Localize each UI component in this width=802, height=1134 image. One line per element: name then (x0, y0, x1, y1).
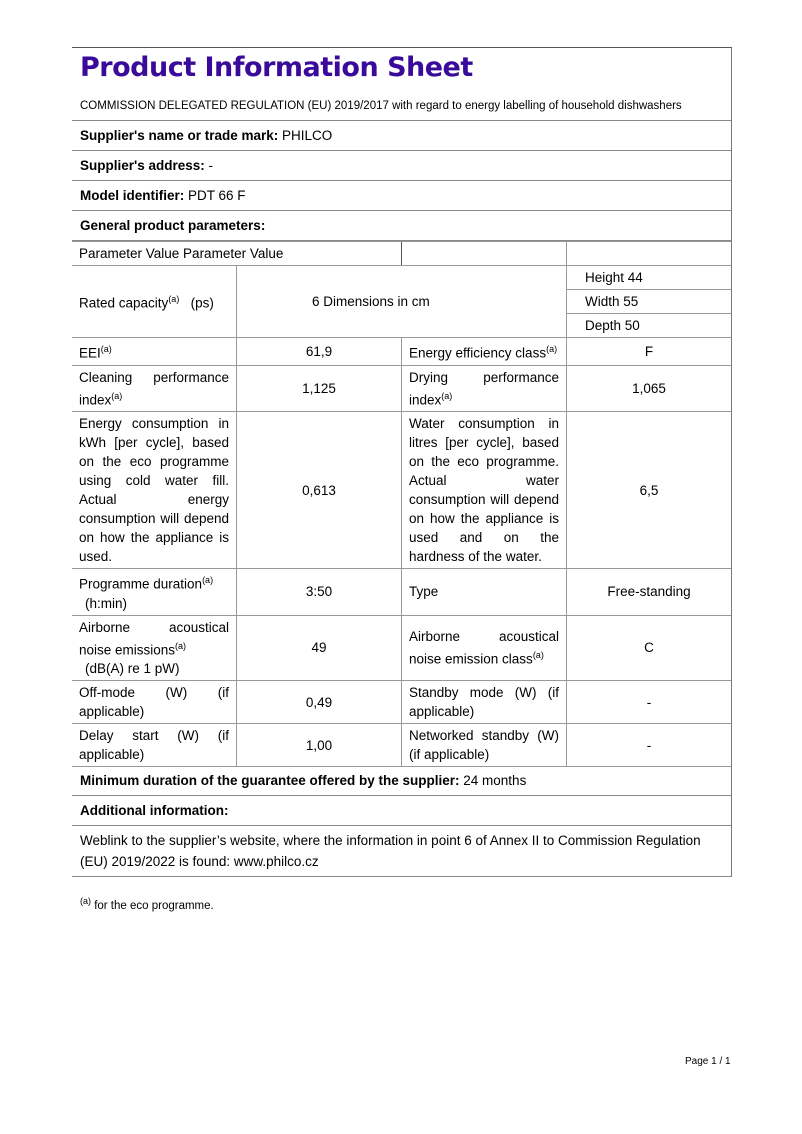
rated-capacity-label: Rated capacity(a) (ps) (72, 266, 237, 338)
supplier-name-label: Supplier's name or trade mark: (80, 128, 278, 143)
param-label: Standby mode (W) (if applicable) (402, 681, 567, 724)
dimensions-cell: Height 44 Width 55 Depth 50 (567, 266, 732, 338)
table-row: Energy consumption in kWh [per cycle], b… (72, 412, 731, 569)
general-params-label: General product parameters: (80, 218, 265, 233)
param-value: Free-standing (567, 569, 732, 616)
param-label: EEI(a) (72, 338, 237, 366)
param-value: C (567, 615, 732, 681)
table-row: Cleaning performance index(a)1,125Drying… (72, 365, 731, 412)
dimension-width: Width 55 (567, 290, 731, 314)
param-value: 1,065 (567, 365, 732, 412)
supplier-address-value: - (205, 158, 213, 173)
param-label: Airborne acoustical noise emissions(a)(d… (72, 615, 237, 681)
param-label: Cleaning performance index(a) (72, 365, 237, 412)
param-value: 6,5 (567, 412, 732, 569)
footnote-mark: (a) (80, 896, 91, 906)
dimension-depth: Depth 50 (567, 314, 731, 337)
supplier-name-row: Supplier's name or trade mark: PHILCO (72, 121, 731, 151)
param-label: Programme duration(a)(h:min) (72, 569, 237, 616)
supplier-address-label: Supplier's address: (80, 158, 205, 173)
param-value: 3:50 (237, 569, 402, 616)
header-text: Parameter Value Parameter Value (72, 242, 402, 266)
param-label: Networked standby (W) (if applicable) (402, 724, 567, 767)
footnote: (a) for the eco programme. (80, 896, 214, 912)
table-header-row: Parameter Value Parameter Value (72, 242, 731, 266)
rated-capacity-value: 6 Dimensions in cm (237, 266, 567, 338)
table-row: EEI(a)61,9Energy efficiency class(a)F (72, 338, 731, 366)
param-label: Energy efficiency class(a) (402, 338, 567, 366)
product-information-sheet: Product Information Sheet COMMISSION DEL… (72, 47, 732, 877)
param-value: 61,9 (237, 338, 402, 366)
model-row: Model identifier: PDT 66 F (72, 181, 731, 211)
model-value: PDT 66 F (184, 188, 245, 203)
table-row: Programme duration(a)(h:min)3:50TypeFree… (72, 569, 731, 616)
guarantee-value: 24 months (460, 773, 527, 788)
param-label: Drying performance index(a) (402, 365, 567, 412)
param-value: 1,00 (237, 724, 402, 767)
table-row: Off-mode (W) (if applicable)0,49Standby … (72, 681, 731, 724)
footnote-text: for the eco programme. (91, 900, 214, 912)
table-row: Delay start (W) (if applicable)1,00Netwo… (72, 724, 731, 767)
param-value: 0,49 (237, 681, 402, 724)
table-row: Airborne acoustical noise emissions(a)(d… (72, 615, 731, 681)
table-row: Rated capacity(a) (ps) 6 Dimensions in c… (72, 266, 731, 338)
supplier-name-value: PHILCO (278, 128, 332, 143)
dimension-height: Height 44 (567, 266, 731, 290)
param-label: Airborne acoustical noise emission class… (402, 615, 567, 681)
param-label: Off-mode (W) (if applicable) (72, 681, 237, 724)
param-value: 1,125 (237, 365, 402, 412)
page-title: Product Information Sheet (72, 48, 731, 94)
page-number: Page 1 / 1 (685, 1056, 731, 1067)
param-label: Delay start (W) (if applicable) (72, 724, 237, 767)
parameters-table: Parameter Value Parameter Value Rated ca… (72, 241, 731, 767)
param-value: F (567, 338, 732, 366)
regulation-text: COMMISSION DELEGATED REGULATION (EU) 201… (72, 94, 731, 121)
general-params-heading: General product parameters: (72, 211, 731, 241)
param-value: - (567, 681, 732, 724)
additional-info-heading: Additional information: (72, 796, 731, 826)
param-value: - (567, 724, 732, 767)
model-label: Model identifier: (80, 188, 184, 203)
param-value: 0,613 (237, 412, 402, 569)
param-label: Energy consumption in kWh [per cycle], b… (72, 412, 237, 569)
guarantee-row: Minimum duration of the guarantee offere… (72, 767, 731, 796)
weblink-text: Weblink to the supplier’s website, where… (72, 826, 731, 877)
param-value: 49 (237, 615, 402, 681)
param-label: Type (402, 569, 567, 616)
supplier-address-row: Supplier's address: - (72, 151, 731, 181)
param-label: Water consumption in litres [per cycle],… (402, 412, 567, 569)
guarantee-label: Minimum duration of the guarantee offere… (80, 773, 460, 788)
